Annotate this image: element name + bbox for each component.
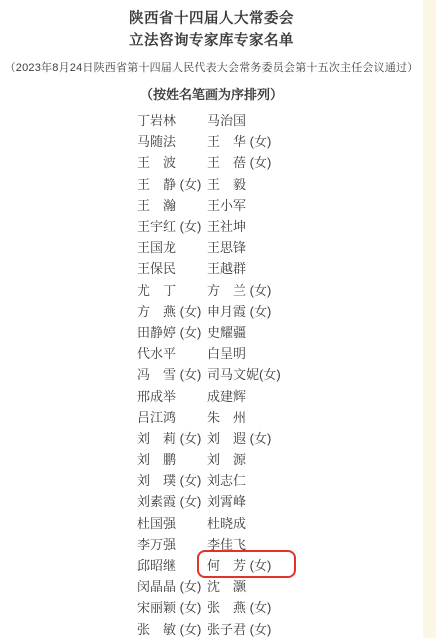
name-cell-left: 尤 丁 xyxy=(137,280,207,299)
name-cell-left: 王宇红 (女) xyxy=(137,216,207,235)
roster-row: 闵晶晶 (女)沈 灏 xyxy=(137,575,423,596)
name-cell-left: 杜国强 xyxy=(137,513,207,532)
name-cell-left: 刘 鹏 xyxy=(137,449,207,468)
roster-row: 邱昭继何 芳 (女) xyxy=(137,554,423,575)
name-cell-left: 王 波 xyxy=(137,152,207,171)
name-cell-right: 申月霞 (女) xyxy=(207,301,271,320)
name-cell-right: 杜晓成 xyxy=(207,513,246,532)
document-content: 陕西省十四届人大常委会 立法咨询专家库专家名单 （2023年8月24日陕西省第十… xyxy=(0,0,423,638)
name-cell-right: 刘 遐 (女) xyxy=(207,428,271,447)
roster-row: 代水平白呈明 xyxy=(137,342,423,363)
name-cell-right: 李佳飞 xyxy=(207,534,246,553)
name-cell-left: 宋丽颖 (女) xyxy=(137,597,207,616)
name-cell-right: 王 毅 xyxy=(207,174,246,193)
name-cell-right: 史耀疆 xyxy=(207,322,246,341)
name-cell-left: 张 敏 (女) xyxy=(137,619,207,638)
name-cell-right: 王 蓓 (女) xyxy=(207,152,271,171)
name-cell-left: 王保民 xyxy=(137,258,207,277)
name-cell-left: 闵晶晶 (女) xyxy=(137,576,207,595)
name-cell-left: 王 静 (女) xyxy=(137,174,207,193)
roster-row: 王 静 (女)王 毅 xyxy=(137,173,423,194)
page-title-line2: 立法咨询专家库专家名单 xyxy=(0,30,423,52)
roster-row: 李万强李佳飞 xyxy=(137,533,423,554)
roster-row: 冯 雪 (女)司马文妮(女) xyxy=(137,363,423,384)
name-cell-right: 方 兰 (女) xyxy=(207,280,271,299)
name-cell-left: 吕江鸿 xyxy=(137,407,207,426)
roster-row: 刘 璞 (女)刘志仁 xyxy=(137,469,423,490)
name-cell-right: 沈 灏 xyxy=(207,576,246,595)
expert-name-roster: 丁岩林马治国马随法王 华 (女)王 波王 蓓 (女)王 静 (女)王 毅王 瀚王… xyxy=(0,109,423,638)
roster-row: 王 波王 蓓 (女) xyxy=(137,151,423,172)
name-cell-left: 马随法 xyxy=(137,131,207,150)
name-cell-left: 李万强 xyxy=(137,534,207,553)
name-cell-left: 方 燕 (女) xyxy=(137,301,207,320)
page-edge-strip xyxy=(423,0,436,638)
name-cell-left: 王 瀚 xyxy=(137,195,207,214)
roster-row: 丁岩林马治国 xyxy=(137,109,423,130)
name-cell-right: 朱 州 xyxy=(207,407,246,426)
name-cell-right: 王思锋 xyxy=(207,237,246,256)
roster-row: 田静婷 (女)史耀疆 xyxy=(137,321,423,342)
name-cell-right: 马治国 xyxy=(207,110,246,129)
roster-row: 刘素霞 (女)刘霄峰 xyxy=(137,490,423,511)
sort-note: （按姓名笔画为序排列） xyxy=(0,87,423,103)
roster-row: 邢成举成建辉 xyxy=(137,384,423,405)
name-cell-right: 王社坤 xyxy=(207,216,246,235)
name-cell-left: 代水平 xyxy=(137,343,207,362)
name-cell-left: 刘 璞 (女) xyxy=(137,470,207,489)
name-cell-right: 张 燕 (女) xyxy=(207,597,271,616)
roster-row: 马随法王 华 (女) xyxy=(137,130,423,151)
name-cell-right: 白呈明 xyxy=(207,343,246,362)
roster-row: 刘 莉 (女)刘 遐 (女) xyxy=(137,427,423,448)
name-cell-right: 成建辉 xyxy=(207,386,246,405)
roster-row: 方 燕 (女)申月霞 (女) xyxy=(137,300,423,321)
roster-row: 吕江鸿朱 州 xyxy=(137,406,423,427)
roster-row: 杜国强杜晓成 xyxy=(137,512,423,533)
name-cell-right: 王越群 xyxy=(207,258,246,277)
name-cell-right: 张子君 (女) xyxy=(207,619,271,638)
roster-row: 张 敏 (女)张子君 (女) xyxy=(137,618,423,638)
roster-row: 王 瀚王小军 xyxy=(137,194,423,215)
name-cell-right: 司马文妮(女) xyxy=(207,364,281,383)
name-cell-left: 冯 雪 (女) xyxy=(137,364,207,383)
document-header: 陕西省十四届人大常委会 立法咨询专家库专家名单 （2023年8月24日陕西省第十… xyxy=(0,0,423,103)
highlighted-name: 何 芳 (女) xyxy=(207,555,271,574)
name-cell-left: 邱昭继 xyxy=(137,555,207,574)
name-cell-right: 刘霄峰 xyxy=(207,491,246,510)
roster-row: 王保民王越群 xyxy=(137,257,423,278)
roster-row: 刘 鹏刘 源 xyxy=(137,448,423,469)
name-cell-right: 刘 源 xyxy=(207,449,246,468)
roster-row: 尤 丁方 兰 (女) xyxy=(137,279,423,300)
approval-note: （2023年8月24日陕西省第十四届人民代表大会常务委员会第十五次主任会议通过） xyxy=(0,60,423,76)
name-cell-right: 王 华 (女) xyxy=(207,131,271,150)
name-cell-left: 刘 莉 (女) xyxy=(137,428,207,447)
document-page: 陕西省十四届人大常委会 立法咨询专家库专家名单 （2023年8月24日陕西省第十… xyxy=(0,0,436,638)
name-cell-left: 邢成举 xyxy=(137,386,207,405)
name-cell-left: 田静婷 (女) xyxy=(137,322,207,341)
name-cell-left: 刘素霞 (女) xyxy=(137,491,207,510)
name-cell-right: 王小军 xyxy=(207,195,246,214)
name-cell-right: 刘志仁 xyxy=(207,470,246,489)
roster-row: 宋丽颖 (女)张 燕 (女) xyxy=(137,596,423,617)
roster-row: 王国龙王思锋 xyxy=(137,236,423,257)
page-title-line1: 陕西省十四届人大常委会 xyxy=(0,8,423,30)
name-cell-left: 丁岩林 xyxy=(137,110,207,129)
name-cell-left: 王国龙 xyxy=(137,237,207,256)
roster-row: 王宇红 (女)王社坤 xyxy=(137,215,423,236)
